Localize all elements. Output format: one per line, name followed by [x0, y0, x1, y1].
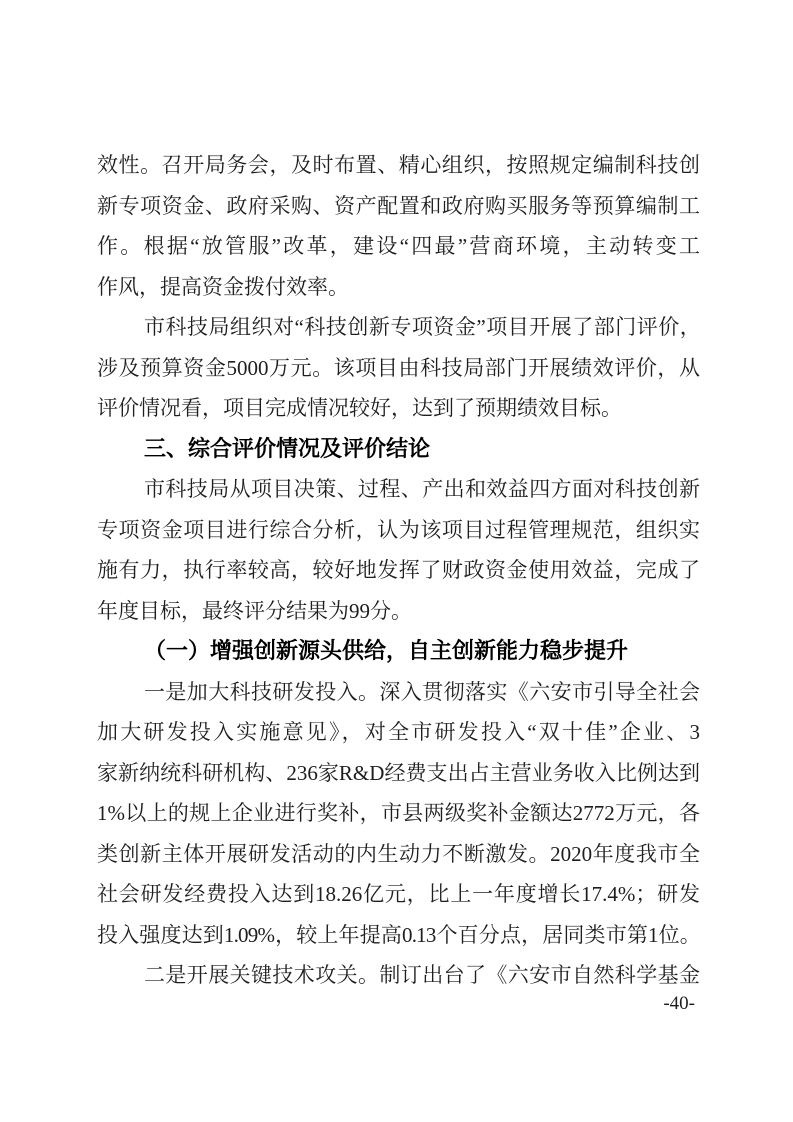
subsection-heading-1: （一）增强创新源头供给，自主创新能力稳步提升 [97, 631, 700, 672]
text-line: 类创新主体开展研发活动的内生动力不断激发。2020年度我市全 [97, 834, 700, 875]
text-line: 涉及预算资金5000万元。该项目由科技局部门开展绩效评价，从 [97, 348, 700, 389]
text-line: 家新纳统科研机构、236家R&D经费支出占主营业务收入比例达到 [97, 753, 700, 794]
text-line: 年度目标，最终评分结果为99分。 [97, 591, 700, 632]
text-line: 专项资金项目进行综合分析，认为该项目过程管理规范，组织实 [97, 510, 700, 551]
text-line: 效性。召开局务会，及时布置、精心组织，按照规定编制科技创 [97, 145, 700, 186]
text-line: 作风，提高资金拨付效率。 [97, 267, 700, 308]
section-heading-3: 三、综合评价情况及评价结论 [97, 429, 700, 470]
text-line: 加大研发投入实施意见》，对全市研发投入“双十佳”企业、3 [97, 712, 700, 753]
text-line: 作。根据“放管服”改革，建设“四最”营商环境，主动转变工 [97, 226, 700, 267]
text-line: 1%以上的规上企业进行奖补，市县两级奖补金额达2772万元，各 [97, 793, 700, 834]
text-line: 社会研发经费投入达到18.26亿元，比上一年度增长17.4%；研发 [97, 874, 700, 915]
document-text-block: 效性。召开局务会，及时布置、精心组织，按照规定编制科技创 新专项资金、政府采购、… [97, 145, 700, 996]
text-line: 评价情况看，项目完成情况较好，达到了预期绩效目标。 [97, 388, 700, 429]
page-number: -40- [97, 991, 700, 1017]
text-line: 市科技局从项目决策、过程、产出和效益四方面对科技创新 [97, 469, 700, 510]
text-line: 一是加大科技研发投入。深入贯彻落实《六安市引导全社会 [97, 672, 700, 713]
document-page: 效性。召开局务会，及时布置、精心组织，按照规定编制科技创 新专项资金、政府采购、… [0, 0, 793, 1122]
text-line: 市科技局组织对“科技创新专项资金”项目开展了部门评价， [97, 307, 700, 348]
text-line: 施有力，执行率较高，较好地发挥了财政资金使用效益，完成了 [97, 550, 700, 591]
text-line: 新专项资金、政府采购、资产配置和政府购买服务等预算编制工 [97, 186, 700, 227]
text-line: 投入强度达到1.09%，较上年提高0.13个百分点，居同类市第1位。 [97, 915, 700, 956]
text-line: 二是开展关键技术攻关。制订出台了《六安市自然科学基金 [97, 955, 700, 996]
